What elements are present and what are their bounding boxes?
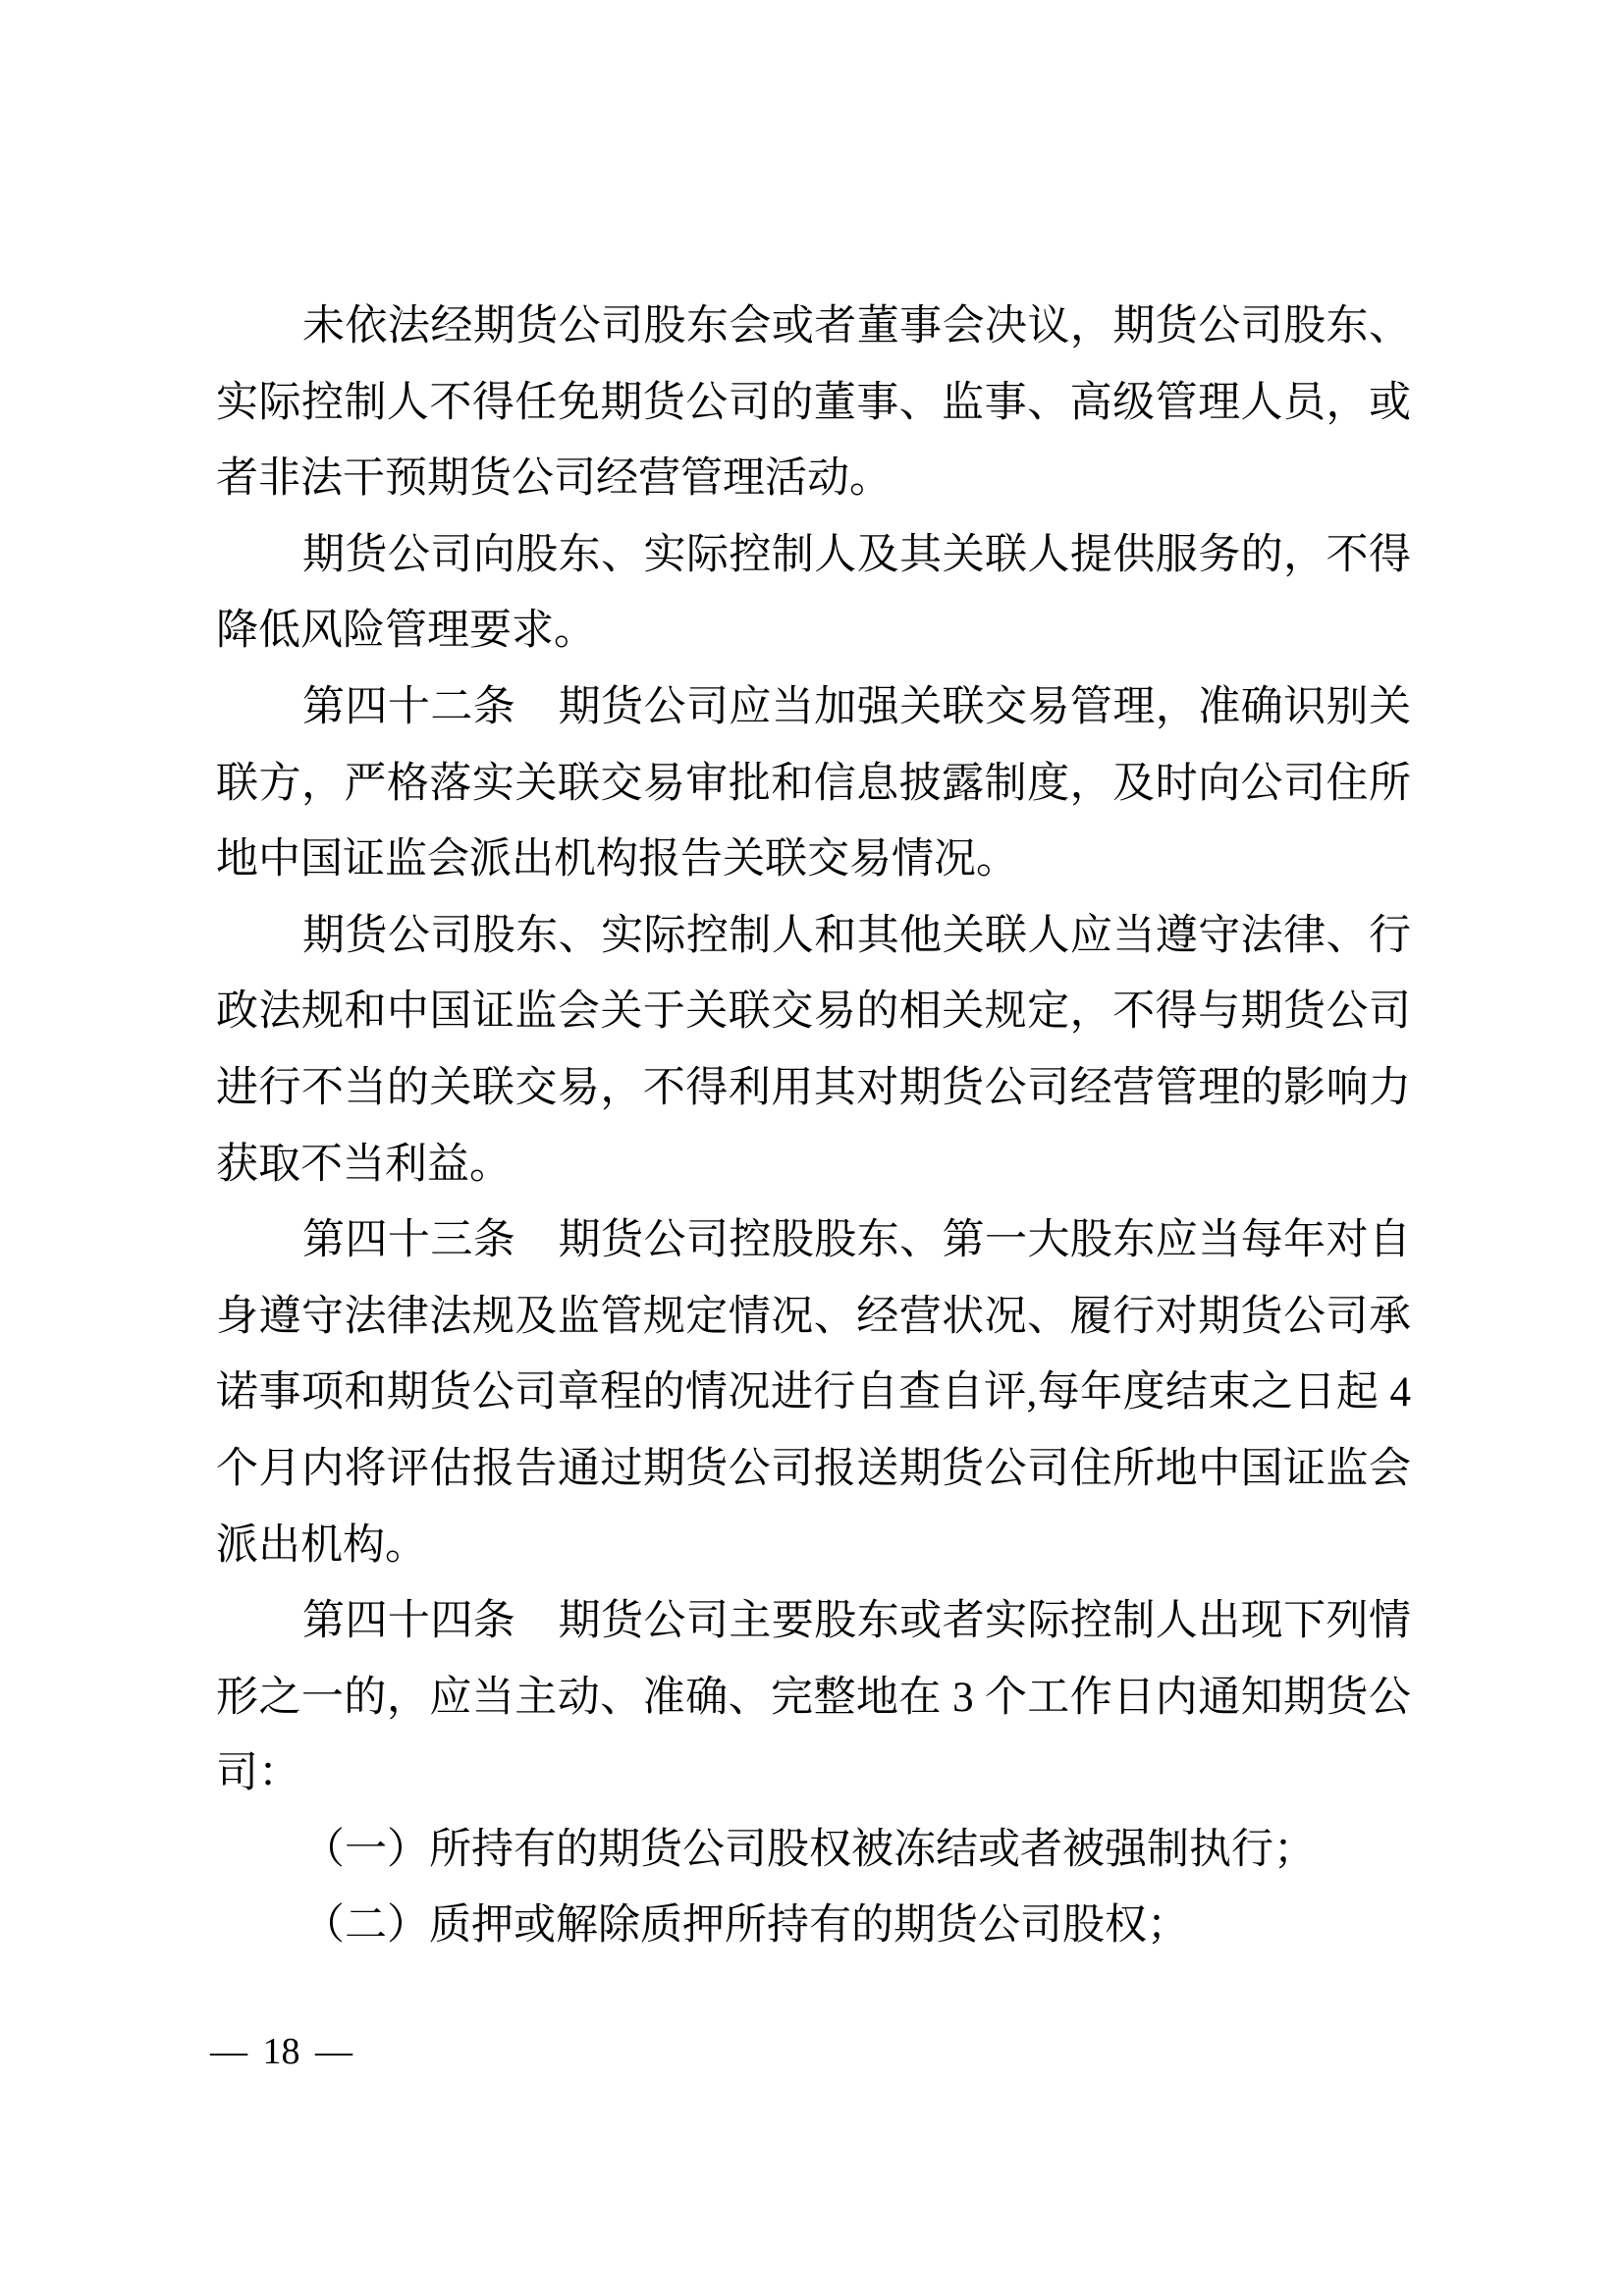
text-line: 政法规和中国证监会关于关联交易的相关规定，不得与期货公司 [216, 974, 1411, 1050]
text-line: 联方，严格落实关联交易审批和信息披露制度，及时向公司住所 [216, 746, 1411, 823]
text-line: 派出机构。 [216, 1508, 1411, 1584]
text-line: 降低风险管理要求。 [216, 593, 1411, 669]
text-line: （一）所持有的期货公司股权被冻结或者被强制执行； [216, 1812, 1411, 1889]
text-line: 诺事项和期货公司章程的情况进行自查自评,每年度结束之日起 4 [216, 1355, 1411, 1431]
text-line: 身遵守法律法规及监管规定情况、经营状况、履行对期货公司承 [216, 1279, 1411, 1356]
text-line: 个月内将评估报告通过期货公司报送期货公司住所地中国证监会 [216, 1431, 1411, 1508]
text-block: 未依法经期货公司股东会或者董事会决议，期货公司股东、 实际控制人不得任免期货公司… [216, 289, 1411, 1964]
text-line: 第四十三条 期货公司控股股东、第一大股东应当每年对自 [216, 1202, 1411, 1279]
text-line: 实际控制人不得任免期货公司的董事、监事、高级管理人员，或 [216, 365, 1411, 442]
page-number: — 18 — [210, 2030, 352, 2073]
text-line: 期货公司股东、实际控制人和其他关联人应当遵守法律、行 [216, 898, 1411, 975]
text-line: 第四十四条 期货公司主要股东或者实际控制人出现下列情 [216, 1583, 1411, 1660]
text-line: 获取不当利益。 [216, 1127, 1411, 1203]
document-page: 未依法经期货公司股东会或者董事会决议，期货公司股东、 实际控制人不得任免期货公司… [0, 0, 1624, 2296]
text-line: 第四十二条 期货公司应当加强关联交易管理，准确识别关 [216, 669, 1411, 746]
text-line: 者非法干预期货公司经营管理活动。 [216, 441, 1411, 517]
text-line: 期货公司向股东、实际控制人及其关联人提供服务的，不得 [216, 517, 1411, 594]
text-line: 地中国证监会派出机构报告关联交易情况。 [216, 822, 1411, 898]
text-line: 进行不当的关联交易，不得利用其对期货公司经营管理的影响力 [216, 1050, 1411, 1127]
text-line: 司： [216, 1735, 1411, 1812]
text-line: 形之一的，应当主动、准确、完整地在 3 个工作日内通知期货公 [216, 1660, 1411, 1736]
text-line: （二）质押或解除质押所持有的期货公司股权； [216, 1888, 1411, 1964]
text-line: 未依法经期货公司股东会或者董事会决议，期货公司股东、 [216, 289, 1411, 365]
